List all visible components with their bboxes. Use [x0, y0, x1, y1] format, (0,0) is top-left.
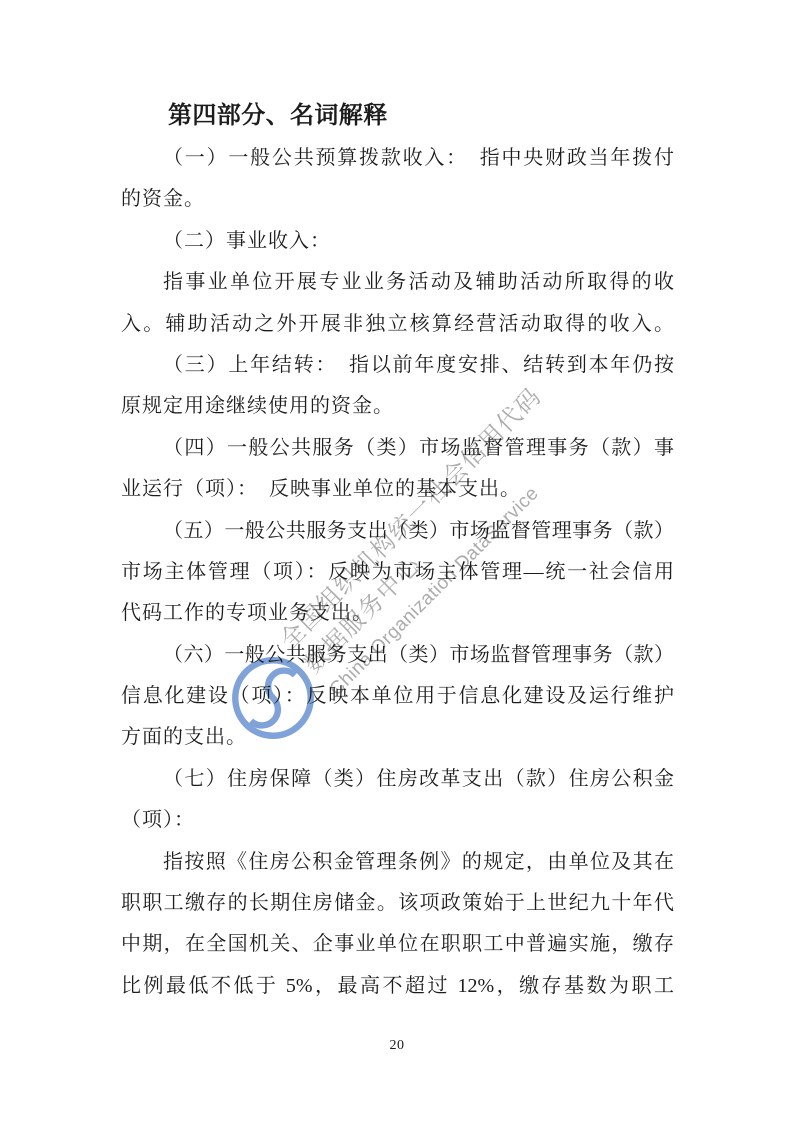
body-line: 代码工作的专项业务支出。 [121, 593, 674, 634]
body-line: （一）一般公共预算拨款收入： 指中央财政当年拨付 [163, 138, 674, 179]
body-line: 信息化建设（项）：反映本单位用于信息化建设及运行维护 [121, 676, 674, 717]
body-line: 职职工缴存的长期住房储金。该项政策始于上世纪九十年代 [121, 883, 674, 924]
body-line: 入。辅助活动之外开展非独立核算经营活动取得的收入。 [121, 304, 674, 345]
body-line: 的资金。 [121, 179, 674, 220]
section-title: 第四部分、名词解释 [168, 94, 674, 138]
body-line: （项）： [121, 800, 674, 841]
body-line: 比例最低不低于 5%，最高不超过 12%，缴存基数为职工 [121, 966, 674, 1007]
document-content: 第四部分、名词解释 （一）一般公共预算拨款收入： 指中央财政当年拨付的资金。（二… [121, 94, 674, 1007]
body-line: 方面的支出。 [121, 717, 674, 758]
page-number: 20 [0, 1038, 794, 1054]
body-line: 指事业单位开展专业业务活动及辅助活动所取得的收 [163, 262, 674, 303]
body-line: （四）一般公共服务（类）市场监督管理事务（款）事 [163, 428, 674, 469]
body-line: （六）一般公共服务支出（类）市场监督管理事务（款） [163, 635, 674, 676]
body-line: 中期，在全国机关、企事业单位在职职工中普遍实施，缴存 [121, 924, 674, 965]
body-line: 指按照《住房公积金管理条例》的规定，由单位及其在 [163, 842, 674, 883]
body-line: 原规定用途继续使用的资金。 [121, 386, 674, 427]
body-line: 业运行（项）： 反映事业单位的基本支出。 [121, 469, 674, 510]
document-page: 全国组织机构统一社会信用代码 数据服务中心 China Organization… [0, 0, 794, 1123]
body-line: （五）一般公共服务支出（类）市场监督管理事务（款） [163, 511, 674, 552]
body-line: （二）事业收入： [163, 221, 674, 262]
body-line: （三）上年结转： 指以前年度安排、结转到本年仍按 [163, 345, 674, 386]
document-body: （一）一般公共预算拨款收入： 指中央财政当年拨付的资金。（二）事业收入：指事业单… [121, 138, 674, 1007]
body-line: 市场主体管理（项）：反映为市场主体管理—统一社会信用 [121, 552, 674, 593]
body-line: （七）住房保障（类）住房改革支出（款）住房公积金 [163, 759, 674, 800]
